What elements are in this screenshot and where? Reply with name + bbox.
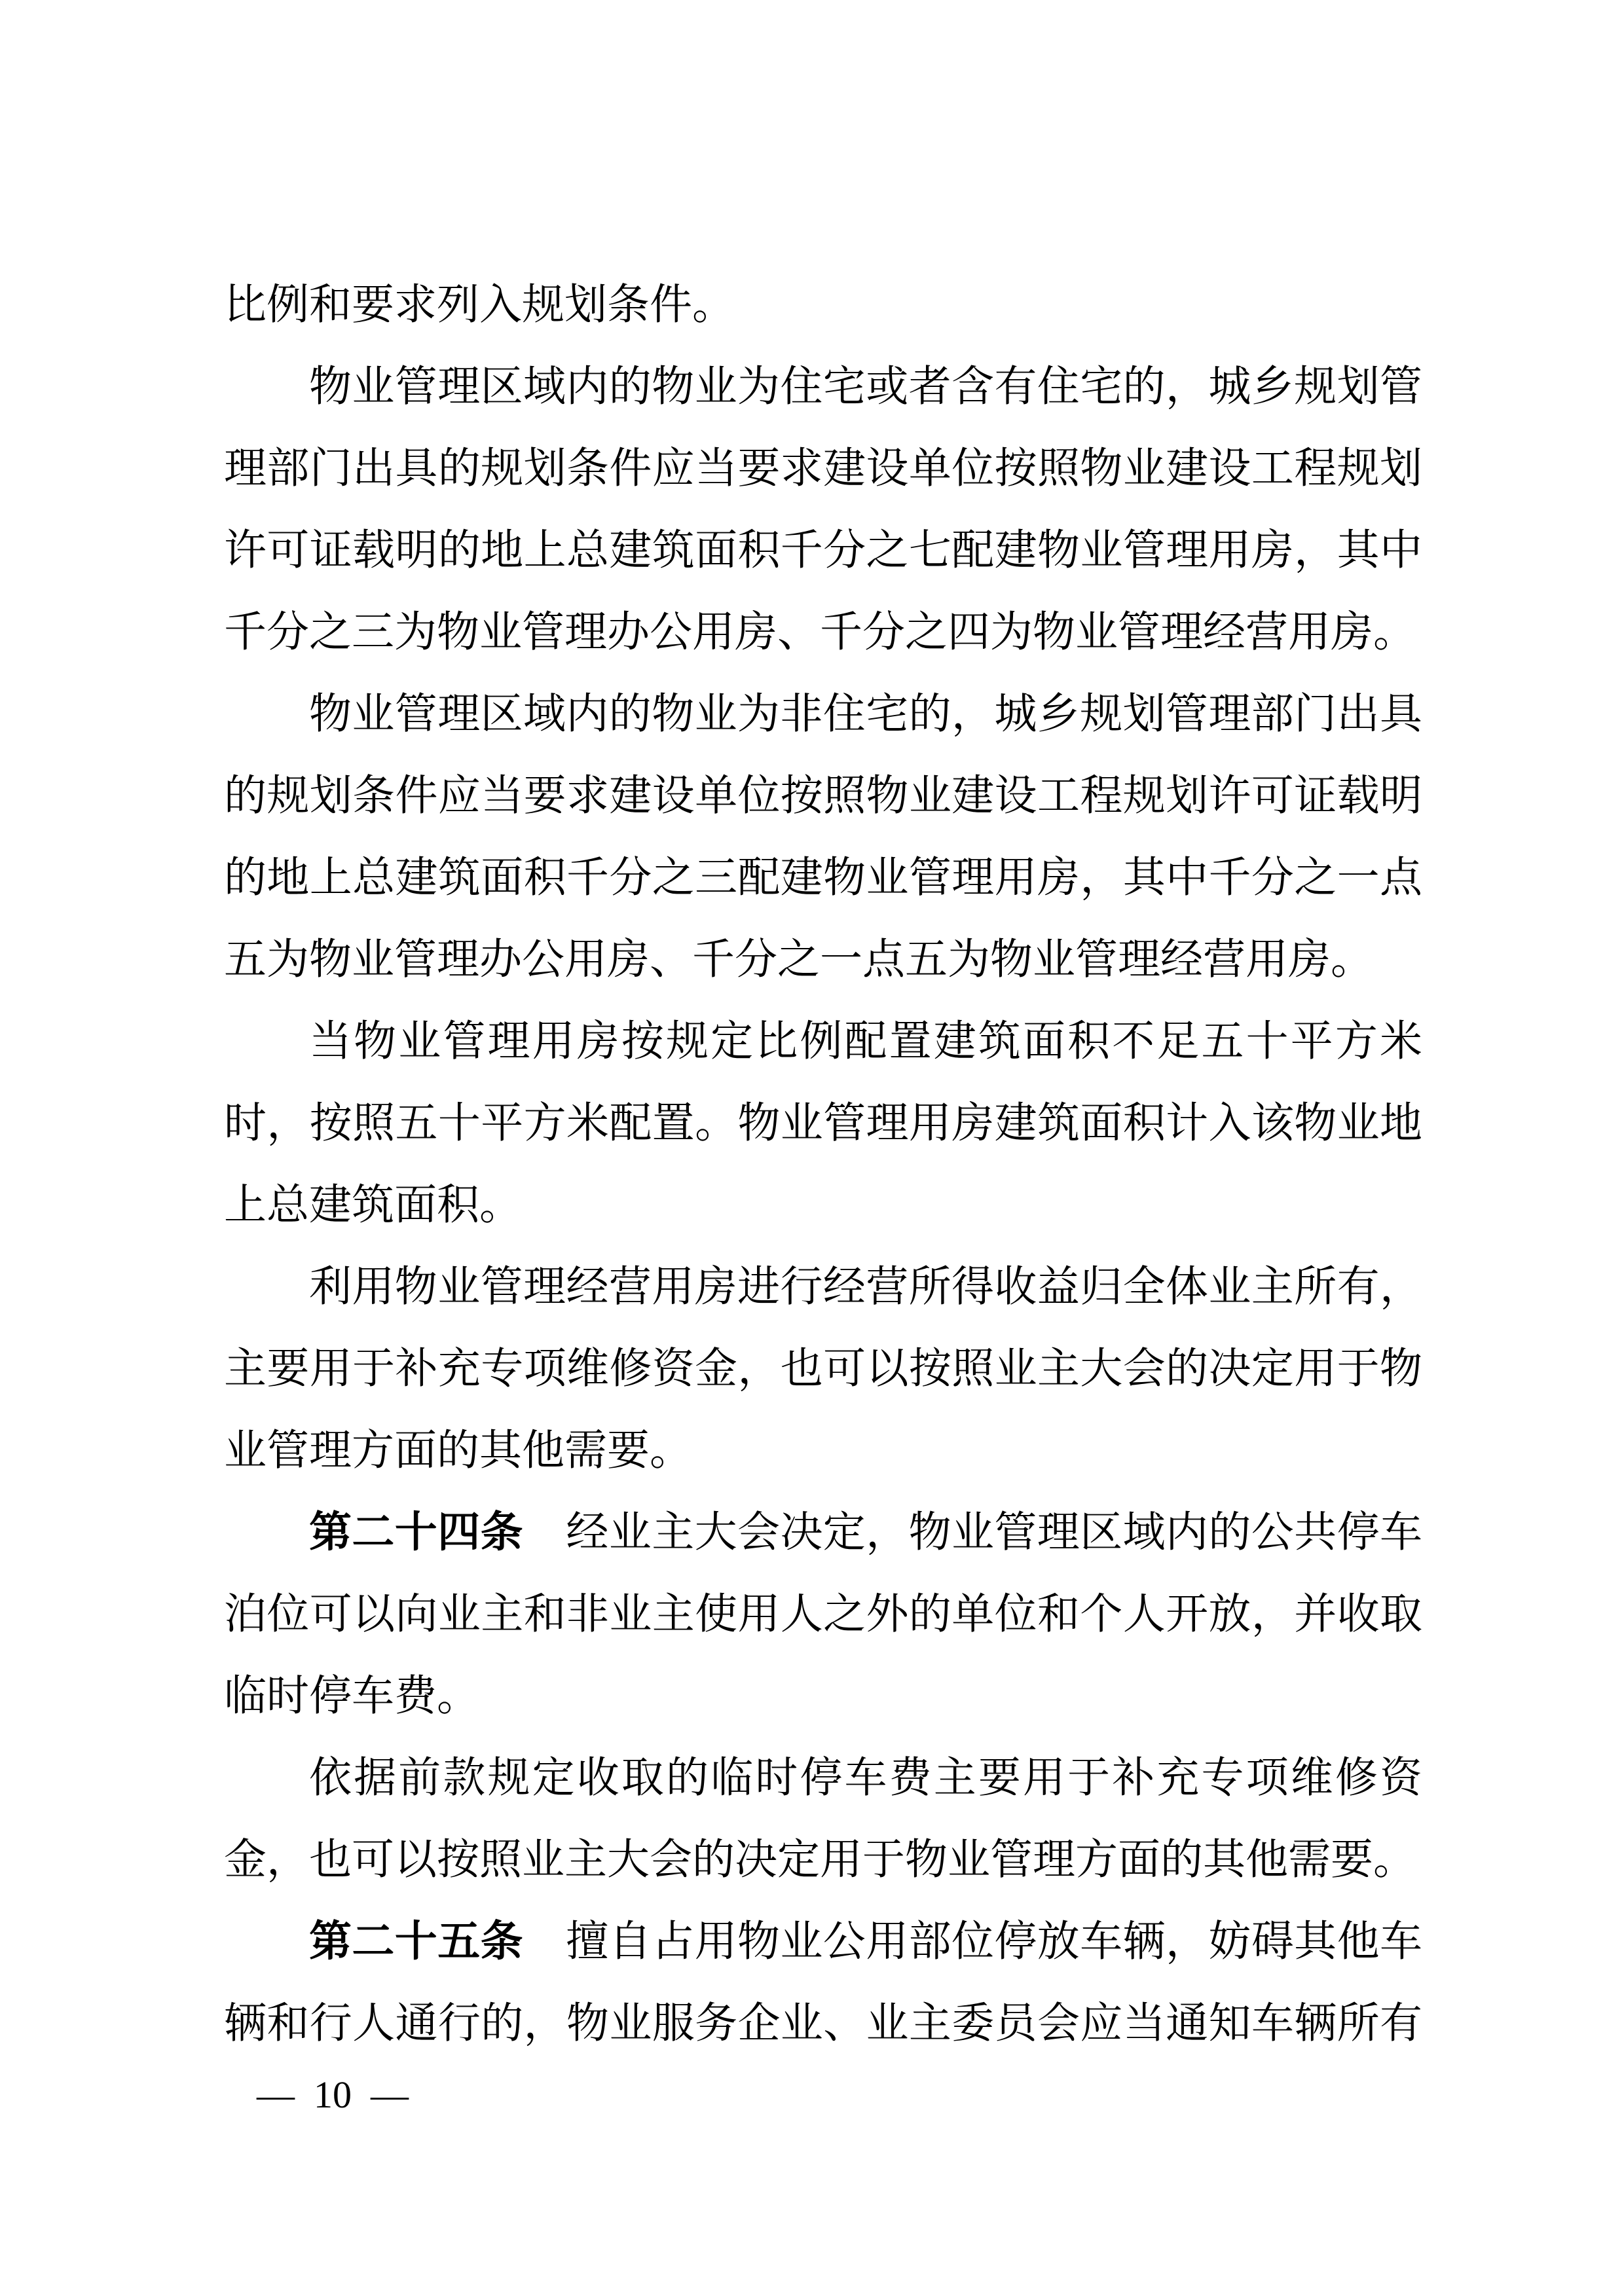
line-text: 辆和行人通行的，物业服务企业、业主委员会应当通知车辆所有	[224, 1999, 1422, 2048]
text-line: 业管理方面的其他需要。	[224, 1410, 1422, 1491]
line-text: 的地上总建筑面积千分之三配建物业管理用房，其中千分之一点	[224, 853, 1422, 902]
text-line: 千分之三为物业管理办公用房、千分之四为物业管理经营用房。	[224, 591, 1422, 673]
text-line: 上总建筑面积。	[224, 1164, 1422, 1246]
paragraph-start-line: 依据前款规定收取的临时停车费主要用于补充专项维修资	[224, 1737, 1422, 1819]
line-text: 泊位可以向业主和非业主使用人之外的单位和个人开放，并收取	[224, 1590, 1422, 1639]
document-page: 比例和要求列入规划条件。 物业管理区域内的物业为住宅或者含有住宅的，城乡规划管 …	[0, 0, 1624, 2296]
text-line: 临时停车费。	[224, 1655, 1422, 1737]
paragraph-start-line: 当物业管理用房按规定比例配置建筑面积不足五十平方米	[224, 1000, 1422, 1082]
text-line: 的规划条件应当要求建设单位按照物业建设工程规划许可证载明	[224, 755, 1422, 837]
text-line: 比例和要求列入规划条件。	[224, 264, 1422, 346]
line-text: 比例和要求列入规划条件。	[224, 280, 735, 329]
line-text: 业管理方面的其他需要。	[224, 1426, 692, 1475]
text-line: 的地上总建筑面积千分之三配建物业管理用房，其中千分之一点	[224, 837, 1422, 919]
line-text: 物业管理区域内的物业为住宅或者含有住宅的，城乡规划管	[309, 362, 1422, 411]
line-text: 五为物业管理办公用房、千分之一点五为物业管理经营用房。	[224, 935, 1373, 984]
line-text: 利用物业管理经营用房进行经营所得收益归全体业主所有，	[309, 1262, 1422, 1311]
text-line: 金，也可以按照业主大会的决定用于物业管理方面的其他需要。	[224, 1819, 1422, 1901]
paragraph-start-line: 物业管理区域内的物业为非住宅的，城乡规划管理部门出具	[224, 673, 1422, 755]
line-text: 许可证载明的地上总建筑面积千分之七配建物业管理用房，其中	[224, 526, 1422, 575]
article-heading: 第二十四条	[309, 1508, 523, 1557]
text-line: 许可证载明的地上总建筑面积千分之七配建物业管理用房，其中	[224, 509, 1422, 591]
article-24-start-line: 第二十四条 经业主大会决定，物业管理区域内的公共停车	[224, 1491, 1422, 1573]
line-text: 经业主大会决定，物业管理区域内的公共停车	[523, 1508, 1422, 1557]
body-text: 比例和要求列入规划条件。 物业管理区域内的物业为住宅或者含有住宅的，城乡规划管 …	[224, 264, 1422, 2064]
text-line: 五为物业管理办公用房、千分之一点五为物业管理经营用房。	[224, 919, 1422, 1000]
line-text: 擅自占用物业公用部位停放车辆，妨碍其他车	[523, 1917, 1422, 1966]
line-text: 千分之三为物业管理办公用房、千分之四为物业管理经营用房。	[224, 608, 1416, 657]
page-number: — 10 —	[257, 2074, 409, 2116]
line-text: 当物业管理用房按规定比例配置建筑面积不足五十平方米	[309, 1017, 1422, 1066]
paragraph-start-line: 物业管理区域内的物业为住宅或者含有住宅的，城乡规划管	[224, 346, 1422, 428]
article-25-start-line: 第二十五条 擅自占用物业公用部位停放车辆，妨碍其他车	[224, 1901, 1422, 1982]
text-line: 时，按照五十平方米配置。物业管理用房建筑面积计入该物业地	[224, 1082, 1422, 1164]
text-line: 泊位可以向业主和非业主使用人之外的单位和个人开放，并收取	[224, 1573, 1422, 1655]
line-text: 主要用于补充专项维修资金，也可以按照业主大会的决定用于物	[224, 1344, 1422, 1393]
line-text: 依据前款规定收取的临时停车费主要用于补充专项维修资	[309, 1753, 1422, 1802]
line-text: 临时停车费。	[224, 1671, 479, 1721]
text-line: 理部门出具的规划条件应当要求建设单位按照物业建设工程规划	[224, 428, 1422, 509]
line-text: 金，也可以按照业主大会的决定用于物业管理方面的其他需要。	[224, 1835, 1416, 1884]
article-heading: 第二十五条	[309, 1917, 523, 1966]
line-text: 上总建筑面积。	[224, 1180, 522, 1230]
paragraph-start-line: 利用物业管理经营用房进行经营所得收益归全体业主所有，	[224, 1246, 1422, 1328]
text-line: 主要用于补充专项维修资金，也可以按照业主大会的决定用于物	[224, 1328, 1422, 1410]
line-text: 理部门出具的规划条件应当要求建设单位按照物业建设工程规划	[224, 444, 1422, 493]
line-text: 时，按照五十平方米配置。物业管理用房建筑面积计入该物业地	[224, 1099, 1422, 1148]
line-text: 物业管理区域内的物业为非住宅的，城乡规划管理部门出具	[309, 689, 1422, 738]
line-text: 的规划条件应当要求建设单位按照物业建设工程规划许可证载明	[224, 771, 1422, 820]
text-line: 辆和行人通行的，物业服务企业、业主委员会应当通知车辆所有	[224, 1982, 1422, 2064]
